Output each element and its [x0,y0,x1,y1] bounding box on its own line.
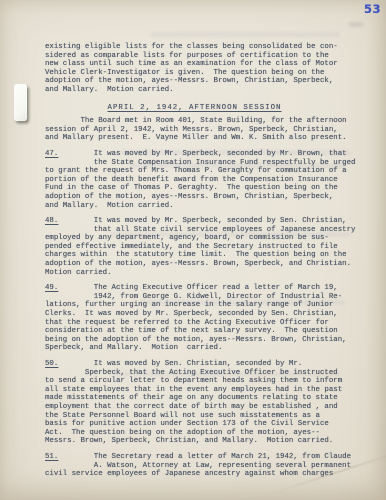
item-text: The Secretary read a letter of March 21,… [45,453,368,479]
bleed-through-mark [150,32,340,37]
minute-item-51: 51. The Secretary read a letter of March… [45,453,368,479]
item-text: It was moved by Sen. Christian, seconded… [45,360,368,446]
continuation-paragraph: existing eligible lists for the classes … [45,43,368,95]
page-content: existing eligible lists for the classes … [45,43,368,479]
minute-item-49: 49. The Acting Executive Officer read a … [45,284,368,353]
item-text: It was moved by Mr. Sperbeck, seconded b… [45,150,368,210]
minute-item-48: 48. It was moved by Mr. Sperbeck, second… [45,217,368,277]
pencil-smudge [348,22,364,27]
session-heading: APRIL 2, 1942, AFTERNOON SESSION [45,104,344,113]
page-number: 53 [364,2,381,16]
item-number: 50. [45,360,58,369]
scanned-page: 53 existing eligible lists for the class… [0,0,386,500]
minute-item-50: 50. It was moved by Sen. Christian, seco… [45,360,368,446]
item-number: 51. [45,453,58,462]
item-number: 48. [45,217,58,226]
minute-item-47: 47. It was moved by Mr. Sperbeck, second… [45,150,368,210]
session-heading-text: APRIL 2, 1942, AFTERNOON SESSION [108,104,282,112]
binder-tab [14,84,27,121]
item-number: 49. [45,284,58,293]
item-text: It was moved by Mr. Sperbeck, seconded b… [45,217,368,277]
item-number: 47. [45,150,58,159]
intro-paragraph: The Board met in Room 401, State Buildin… [45,117,368,143]
item-text: The Acting Executive Officer read a lett… [45,284,368,353]
